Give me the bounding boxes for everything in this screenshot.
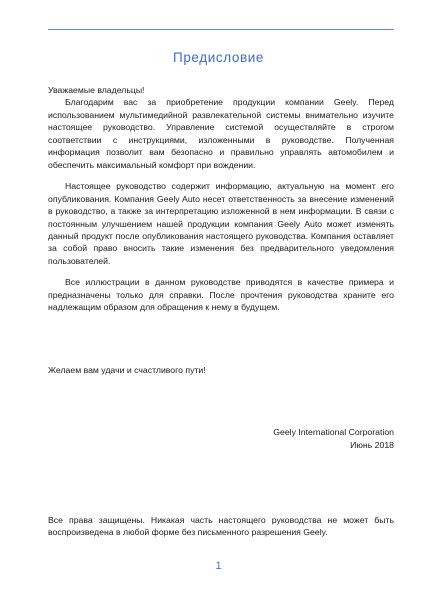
preface-paragraph: Настоящее руководство содержит информаци… xyxy=(48,180,394,267)
signature-date: Июнь 2018 xyxy=(273,439,394,452)
copyright-notice: Все права защищены. Никакая часть настоя… xyxy=(48,514,394,539)
wish-line: Желаем вам удачи и счастливого пути! xyxy=(48,364,206,376)
salutation-line: Уважаемые владельцы! xyxy=(48,84,394,96)
signature-block: Geely International Corporation Июнь 201… xyxy=(273,426,394,452)
signature-company: Geely International Corporation xyxy=(273,426,394,439)
preface-paragraph: Благодарим вас за приобретение продукции… xyxy=(48,96,394,171)
preface-paragraph: Все иллюстрации в данном руководстве при… xyxy=(48,276,394,313)
preface-body: Уважаемые владельцы! Благодарим вас за п… xyxy=(48,84,394,314)
page-number: 1 xyxy=(0,560,437,572)
manual-preface-page: Предисловие Уважаемые владельцы! Благода… xyxy=(0,0,437,595)
header-rule-divider xyxy=(48,29,394,30)
page-title: Предисловие xyxy=(0,50,437,65)
